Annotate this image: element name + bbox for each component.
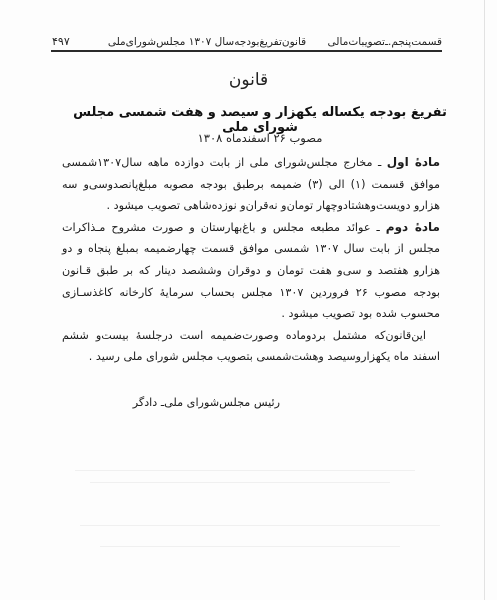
law-body: مادهٔ اول ـ مخارج مجلس‌شورای ملی از بابت… bbox=[62, 152, 440, 368]
article-1: مادهٔ اول ـ مخارج مجلس‌شورای ملی از بابت… bbox=[62, 152, 440, 217]
article-2-heading: مادهٔ دوم bbox=[386, 220, 440, 234]
article-2: مادهٔ دوم ـ عوائد مطبعه مجلس و باغ‌بهارس… bbox=[62, 217, 440, 325]
header-running-title: قانون‌تفریغ‌بودجه‌سال ۱۳۰۷ مجلس‌شورای‌مل… bbox=[92, 36, 322, 48]
bleed-through-line bbox=[80, 525, 440, 526]
header-section-label: قسمت‌پنجم.ـ‌تصویبات‌مالی bbox=[322, 36, 442, 48]
article-1-heading: مادهٔ اول bbox=[387, 155, 440, 169]
header-divider bbox=[51, 50, 442, 52]
bleed-through-line bbox=[90, 482, 390, 483]
running-header: قسمت‌پنجم.ـ‌تصویبات‌مالی قانون‌تفریغ‌بود… bbox=[52, 30, 442, 48]
article-1-text: ـ مخارج مجلس‌شورای ملی از بابت دوازده ما… bbox=[62, 156, 440, 212]
document-title: قانون bbox=[0, 70, 497, 90]
closing-paragraph: این‌قانون‌که مشتمل بردوماده وصورت‌ضمیمه … bbox=[62, 325, 440, 368]
bleed-through-line bbox=[75, 470, 415, 471]
approval-date: مصوب ۲۶ اسفندماه ۱۳۰۸ bbox=[60, 131, 460, 145]
page-edge-shadow bbox=[484, 0, 485, 600]
article-2-text: ـ عوائد مطبعه مجلس و باغ‌بهارستان و صورت… bbox=[62, 221, 440, 320]
signature-line: رئیس مجلس‌شورای ملی‌ـ دادگر bbox=[80, 396, 280, 409]
page-number: ۴۹۷ bbox=[52, 35, 92, 48]
bleed-through-line bbox=[100, 546, 400, 547]
scanned-page: قسمت‌پنجم.ـ‌تصویبات‌مالی قانون‌تفریغ‌بود… bbox=[0, 0, 497, 600]
